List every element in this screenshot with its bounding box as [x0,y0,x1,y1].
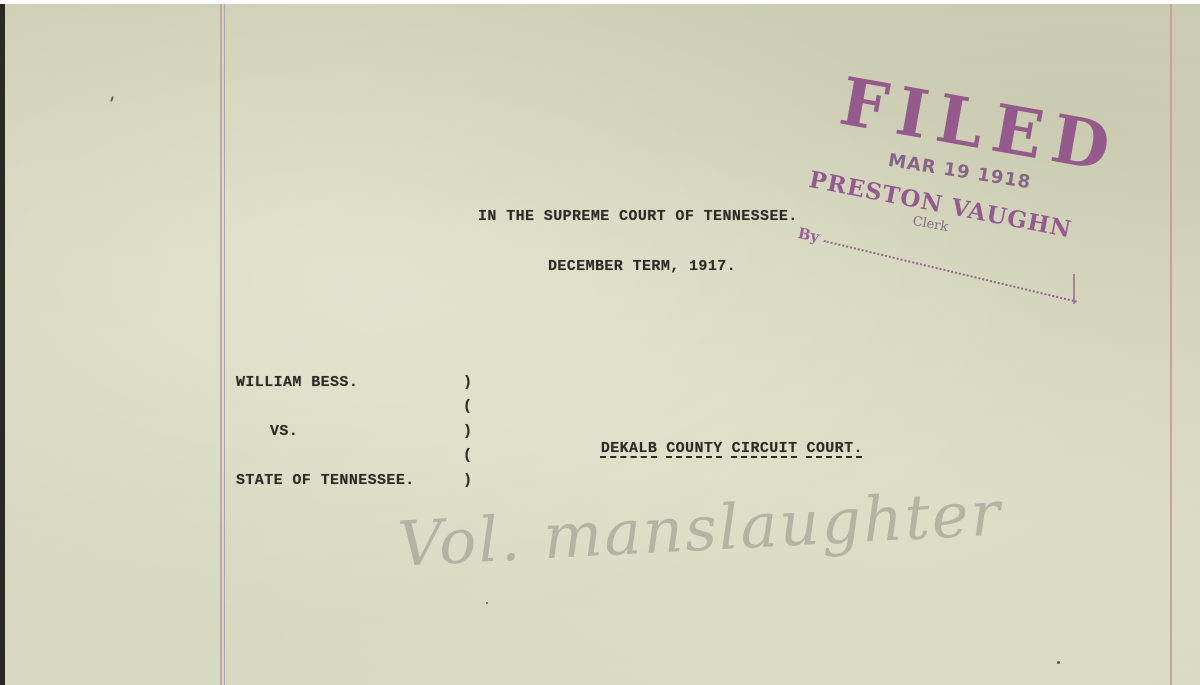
left-margin-line-inner [224,4,225,685]
caption-bracket: ) [463,423,472,440]
paper-speck [486,602,488,604]
plaintiff-name: WILLIAM BESS. [236,374,358,391]
lower-court-word: COUNTY [666,440,722,457]
caption-bracket: ( [463,447,472,464]
paper-speck [1057,661,1060,664]
caption-bracket: ) [463,374,472,391]
term-line: DECEMBER TERM, 1917. [548,258,736,275]
lower-court-word: COURT. [806,440,862,457]
caption-bracket: ( [463,398,472,415]
court-heading: IN THE SUPREME COURT OF TENNESSEE. [478,208,798,225]
defendant-name: STATE OF TENNESSEE. [236,472,415,489]
lower-court: DEKALBCOUNTYCIRCUITCOURT. [582,423,872,457]
right-margin-line [1170,4,1172,685]
versus-label: VS. [270,423,298,440]
caption-bracket: ) [463,472,472,489]
lower-court-word: DEKALB [601,440,657,457]
lower-court-word: CIRCUIT [732,440,798,457]
page-edge-shadow [0,4,5,685]
left-margin-line [220,4,222,685]
filed-stamp-line-end [1073,274,1075,304]
